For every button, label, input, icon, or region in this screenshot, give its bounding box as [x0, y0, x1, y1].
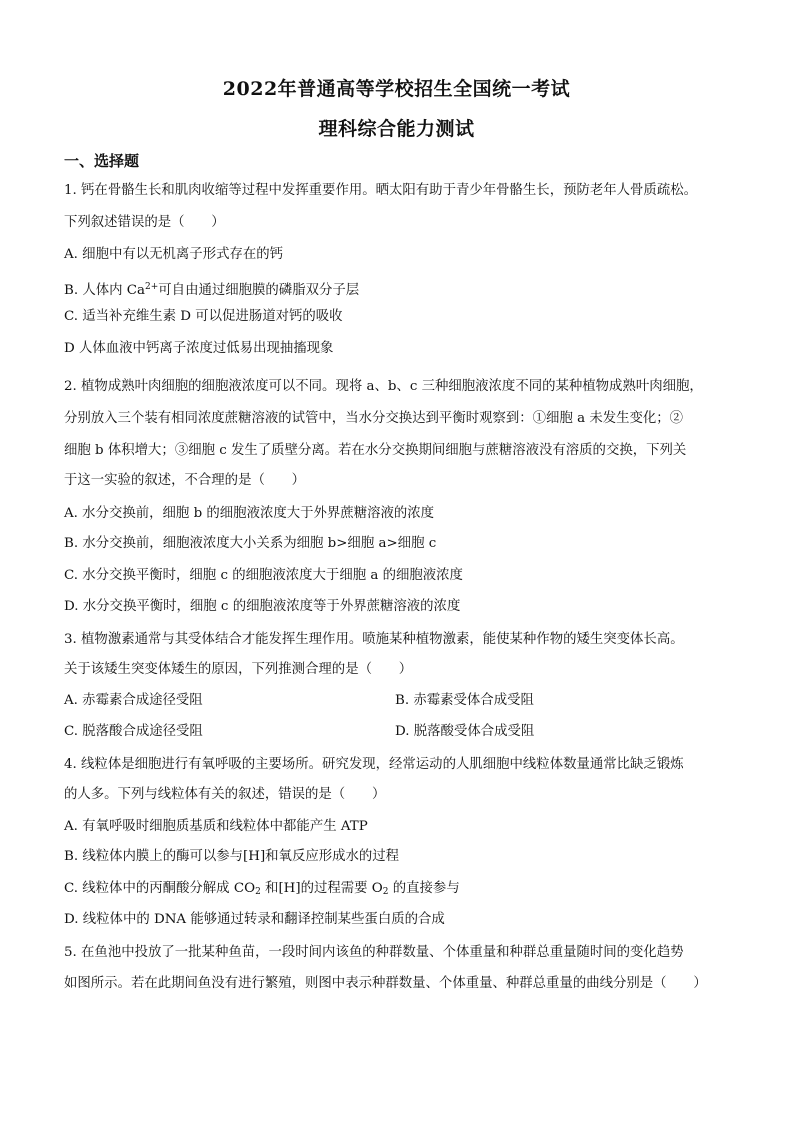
option-c: C. 脱落酸合成途径受阻	[64, 723, 203, 741]
option-d: D. 脱落酸受体合成受阻	[395, 723, 534, 741]
option-a: A. 细胞中有以无机离子形式存在的钙	[64, 246, 283, 264]
option-text: 可自由通过细胞膜的磷脂双分子层	[158, 283, 359, 298]
option-b: B. 水分交换前，细胞液浓度大小关系为细胞 b>细胞 a>细胞 c	[64, 535, 436, 553]
option-d: D 人体血液中钙离子浓度过低易出现抽搐现象	[64, 340, 333, 358]
option-text: 和[H]的过程需要 O	[261, 881, 383, 896]
option-a: A. 有氧呼吸时细胞质基质和线粒体中都能产生 ATP	[64, 818, 368, 836]
option-b: B. 线粒体内膜上的酶可以参与[H]和氧反应形成水的过程	[64, 848, 399, 866]
question-stem-line: 4. 线粒体是细胞进行有氧呼吸的主要场所。研究发现，经常运动的人肌细胞中线粒体数…	[64, 756, 684, 774]
question-stem-line: 下列叙述错误的是（ ）	[64, 214, 225, 232]
exam-subtitle: 理科综合能力测试	[0, 114, 793, 141]
option-d: D. 水分交换平衡时，细胞 c 的细胞液浓度等于外界蔗糖溶液的浓度	[64, 598, 460, 616]
question-stem-line: 的人多。下列与线粒体有关的叙述，错误的是（ ）	[64, 786, 385, 804]
question-stem-line: 细胞 b 体积增大；③细胞 c 发生了质壁分离。若在水分交换期间细胞与蔗糖溶液没…	[64, 442, 686, 460]
question-stem-line: 于这一实验的叙述，不合理的是（ ）	[64, 472, 305, 490]
option-c: C. 水分交换平衡时，细胞 c 的细胞液浓度大于细胞 a 的细胞液浓度	[64, 567, 463, 585]
question-stem-line: 1. 钙在骨骼生长和肌肉收缩等过程中发挥重要作用。晒太阳有助于青少年骨骼生长，预…	[64, 182, 697, 200]
superscript: 2+	[145, 282, 158, 292]
exam-title: 2022年普通高等学校招生全国统一考试	[0, 74, 793, 101]
question-stem-line: 2. 植物成熟叶肉细胞的细胞液浓度可以不同。现将 a、b、c 三种细胞液浓度不同…	[64, 378, 703, 396]
section-heading: 一、选择题	[64, 150, 139, 171]
option-c: C. 适当补充维生素 D 可以促进肠道对钙的吸收	[64, 308, 343, 326]
option-text: 的直接参与	[389, 881, 460, 896]
option-c: C. 线粒体中的丙酮酸分解成 CO2 和[H]的过程需要 O2 的直接参与	[64, 880, 460, 901]
option-text: B. 人体内 Ca	[64, 283, 145, 298]
option-b: B. 赤霉素受体合成受阻	[395, 692, 534, 710]
question-stem-line: 5. 在鱼池中投放了一批某种鱼苗，一段时间内该鱼的种群数量、个体重量和种群总重量…	[64, 944, 684, 962]
question-stem-line: 分别放入三个装有相同浓度蔗糖溶液的试管中，当水分交换达到平衡时观察到：①细胞 a…	[64, 410, 683, 428]
question-stem-line: 3. 植物激素通常与其受体结合才能发挥生理作用。喷施某种植物激素，能使某种作物的…	[64, 631, 684, 649]
option-d: D. 线粒体中的 DNA 能够通过转录和翻译控制某些蛋白质的合成	[64, 911, 445, 929]
option-a: A. 水分交换前，细胞 b 的细胞液浓度大于外界蔗糖溶液的浓度	[64, 505, 434, 523]
question-stem-line: 关于该矮生突变体矮生的原因，下列推测合理的是（ ）	[64, 661, 412, 679]
option-a: A. 赤霉素合成途径受阻	[64, 692, 203, 710]
question-stem-line: 如图所示。若在此期间鱼没有进行繁殖，则图中表示种群数量、个体重量、种群总重量的曲…	[64, 975, 707, 993]
option-b: B. 人体内 Ca2+可自由通过细胞膜的磷脂双分子层	[64, 278, 359, 300]
option-text: C. 线粒体中的丙酮酸分解成 CO	[64, 881, 255, 896]
